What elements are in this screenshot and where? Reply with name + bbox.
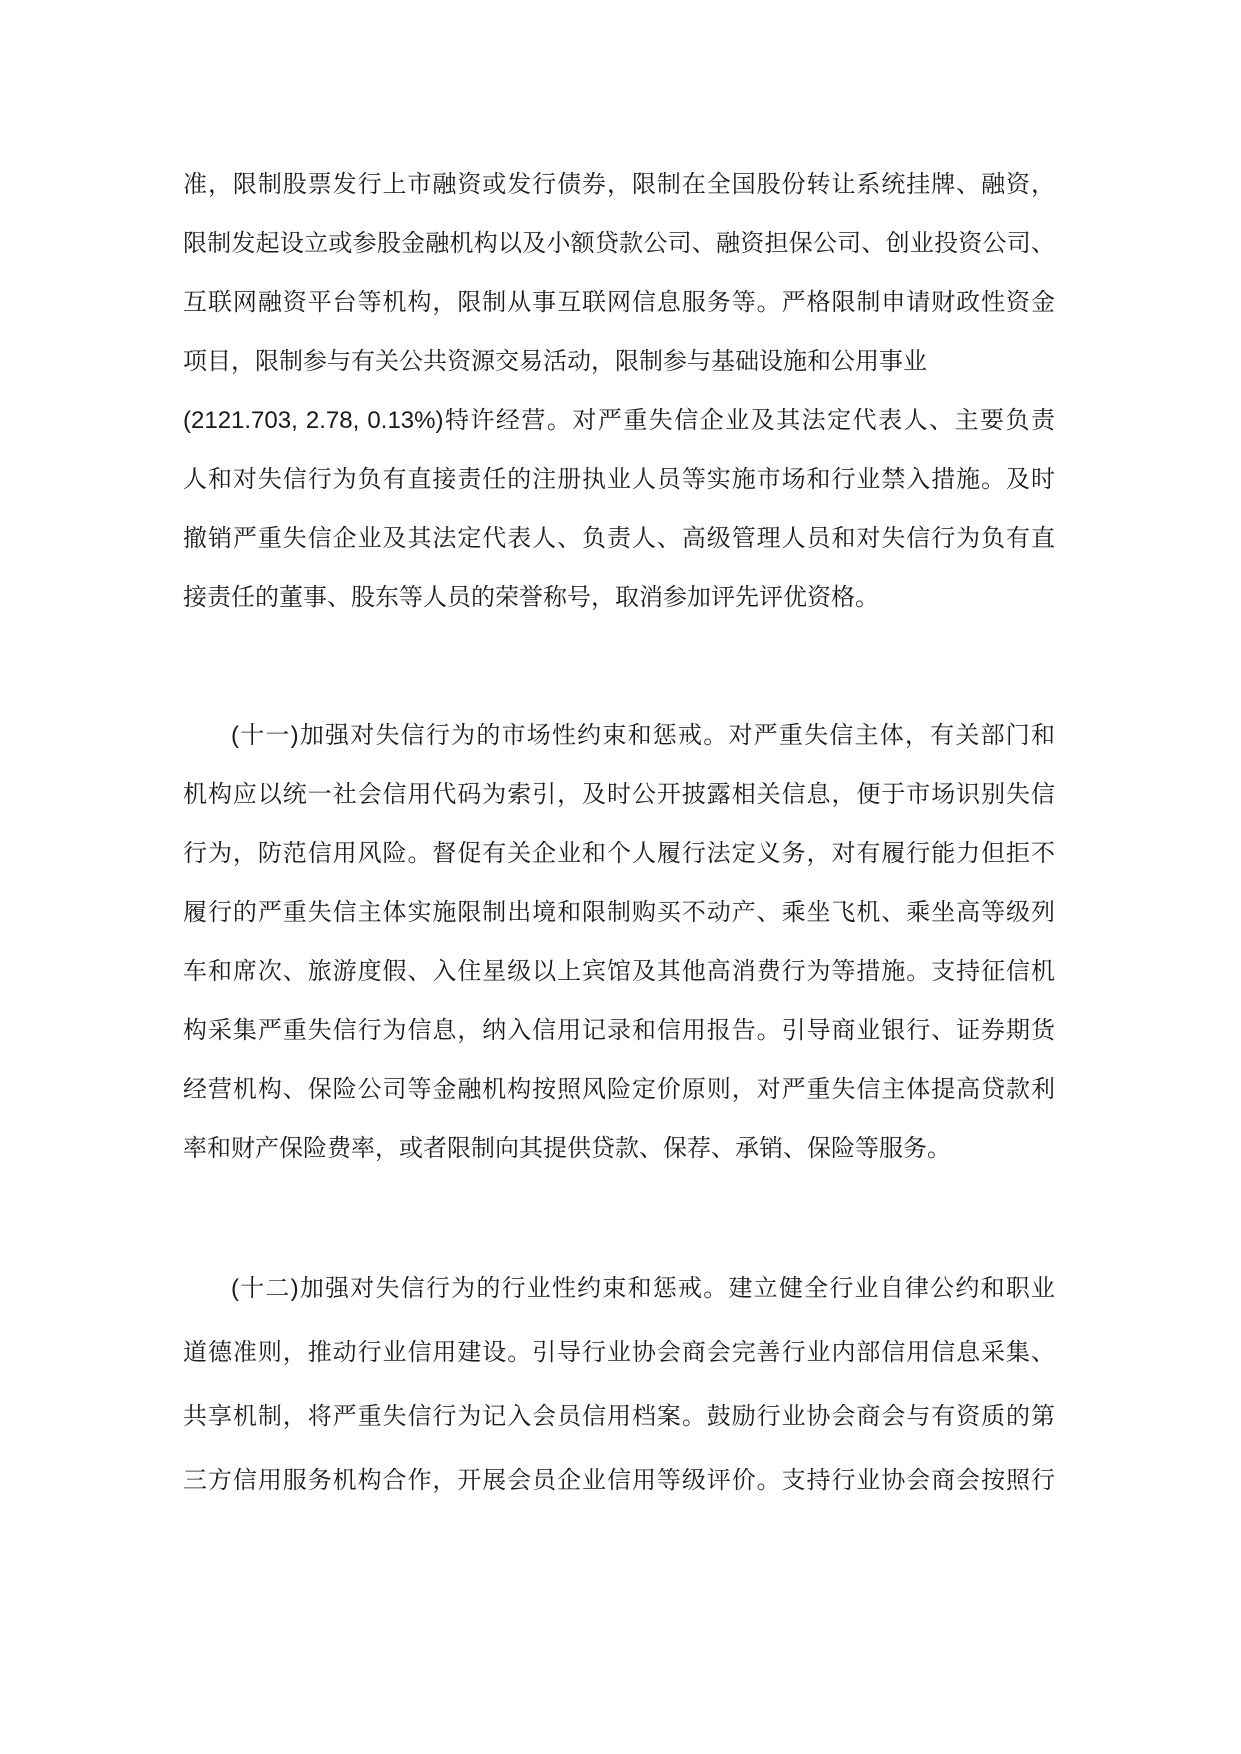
paragraph: (十二)加强对失信行为的行业性约束和惩戒。建立健全行业自律公约和职业道德准则，推… bbox=[183, 1257, 1055, 1513]
text-line: 准，限制股票发行上市融资或发行债券，限制在全国股份转让系统挂牌、融资， bbox=[183, 155, 1055, 214]
text-line: 互联网融资平台等机构，限制从事互联网信息服务等。严格限制申请财政性资金 bbox=[183, 273, 1055, 332]
text-line: 履行的严重失信主体实施限制出境和限制购买不动产、乘坐飞机、乘坐高等级列 bbox=[183, 883, 1055, 942]
text-line: 构采集严重失信行为信息，纳入信用记录和信用报告。引导商业银行、证券期货 bbox=[183, 1001, 1055, 1060]
text-line: 接责任的董事、股东等人员的荣誉称号，取消参加评先评优资格。 bbox=[183, 568, 1055, 627]
document-body: 准，限制股票发行上市融资或发行债券，限制在全国股份转让系统挂牌、融资，限制发起设… bbox=[183, 155, 1055, 1513]
text-line: 率和财产保险费率，或者限制向其提供贷款、保荐、承销、保险等服务。 bbox=[183, 1119, 1055, 1178]
text-line: 行为，防范信用风险。督促有关企业和个人履行法定义务，对有履行能力但拒不 bbox=[183, 824, 1055, 883]
text-line: 机构应以统一社会信用代码为索引，及时公开披露相关信息，便于市场识别失信 bbox=[183, 765, 1055, 824]
text-line: 道德准则，推动行业信用建设。引导行业协会商会完善行业内部信用信息采集、 bbox=[183, 1321, 1055, 1385]
text-line: 限制发起设立或参股金融机构以及小额贷款公司、融资担保公司、创业投资公司、 bbox=[183, 214, 1055, 273]
document-page: 准，限制股票发行上市融资或发行债券，限制在全国股份转让系统挂牌、融资，限制发起设… bbox=[0, 0, 1241, 1754]
text-line: 项目，限制参与有关公共资源交易活动，限制参与基础设施和公用事业 bbox=[183, 332, 1055, 391]
text-line: (2121.703, 2.78, 0.13%)特许经营。对严重失信企业及其法定代… bbox=[183, 391, 1055, 450]
text-line: (十二)加强对失信行为的行业性约束和惩戒。建立健全行业自律公约和职业 bbox=[183, 1257, 1055, 1321]
text-line: 三方信用服务机构合作，开展会员企业信用等级评价。支持行业协会商会按照行 bbox=[183, 1449, 1055, 1513]
paragraph: (十一)加强对失信行为的市场性约束和惩戒。对严重失信主体，有关部门和机构应以统一… bbox=[183, 706, 1055, 1178]
text-line: 撤销严重失信企业及其法定代表人、负责人、高级管理人员和对失信行为负有直 bbox=[183, 509, 1055, 568]
text-line: 人和对失信行为负有直接责任的注册执业人员等实施市场和行业禁入措施。及时 bbox=[183, 450, 1055, 509]
text-line: (十一)加强对失信行为的市场性约束和惩戒。对严重失信主体，有关部门和 bbox=[183, 706, 1055, 765]
text-line: 经营机构、保险公司等金融机构按照风险定价原则，对严重失信主体提高贷款利 bbox=[183, 1060, 1055, 1119]
text-line: 车和席次、旅游度假、入住星级以上宾馆及其他高消费行为等措施。支持征信机 bbox=[183, 942, 1055, 1001]
text-line: 共享机制，将严重失信行为记入会员信用档案。鼓励行业协会商会与有资质的第 bbox=[183, 1385, 1055, 1449]
paragraph: 准，限制股票发行上市融资或发行债券，限制在全国股份转让系统挂牌、融资，限制发起设… bbox=[183, 155, 1055, 627]
